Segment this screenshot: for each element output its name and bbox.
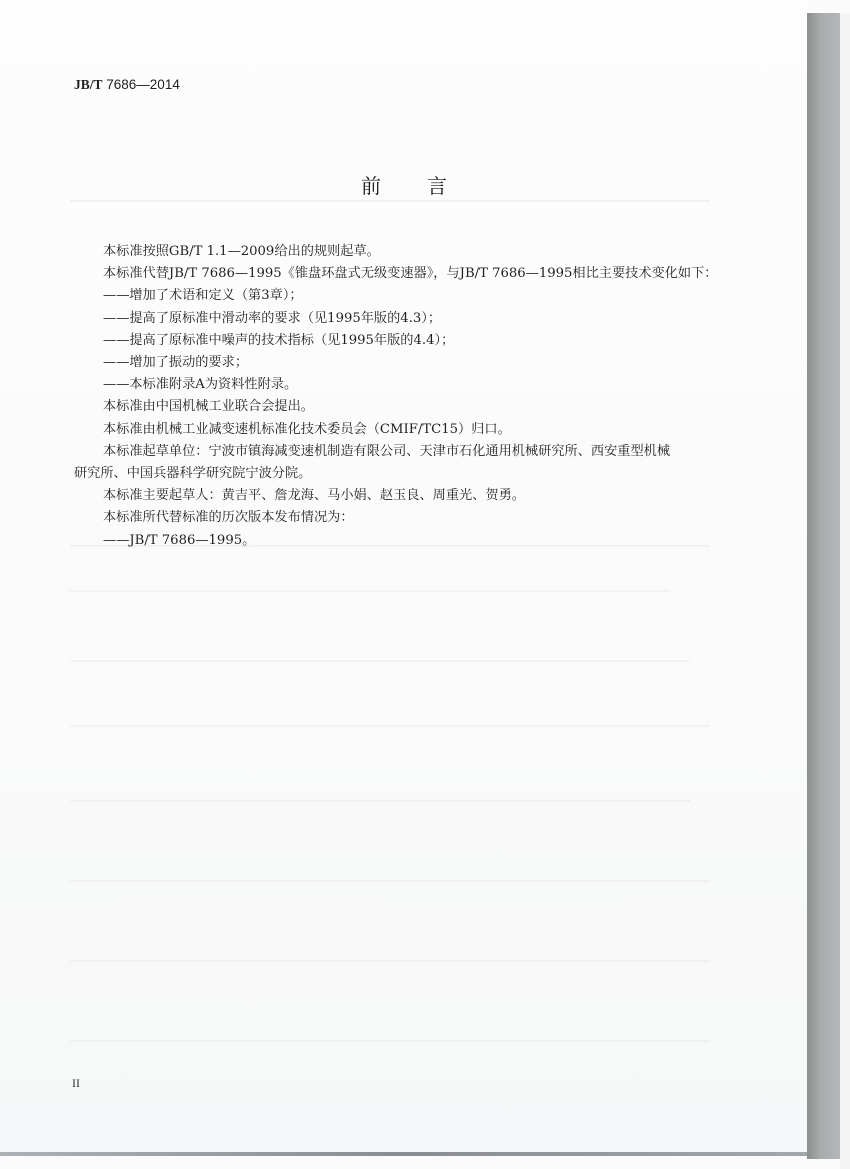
scanner-edge-strip xyxy=(807,13,840,1159)
change-item: ——增加了振动的要求； xyxy=(74,352,739,374)
change-item: ——提高了原标准中滑动率的要求（见1995年版的4.3）； xyxy=(74,308,739,330)
page-number: II xyxy=(72,1076,80,1091)
paragraph: 本标准代替JB/T 7686—1995《锥盘环盘式无级变速器》，与JB/T 76… xyxy=(74,263,739,285)
show-through-line xyxy=(70,590,670,592)
foreword-body: 本标准按照GB/T 1.1—2009给出的规则起草。 本标准代替JB/T 768… xyxy=(74,241,739,552)
change-item: ——本标准附录A为资料性附录。 xyxy=(74,374,739,396)
show-through-line xyxy=(70,800,690,802)
show-through-line xyxy=(70,1040,710,1042)
paragraph: 本标准由机械工业减变速机标准化技术委员会（CMIF/TC15）归口。 xyxy=(74,419,739,441)
show-through-line xyxy=(70,960,710,962)
paragraph: 本标准按照GB/T 1.1—2009给出的规则起草。 xyxy=(74,241,739,263)
show-through-line xyxy=(70,200,710,202)
document-page: JB/T 7686—2014 前言 本标准按照GB/T 1.1—2009给出的规… xyxy=(0,0,808,1156)
scanner-margin xyxy=(840,13,850,1169)
page-title: 前言 xyxy=(0,170,808,199)
paragraph: 本标准所代替标准的历次版本发布情况为： xyxy=(74,507,739,529)
standard-code-number: 7686—2014 xyxy=(103,77,180,92)
show-through-line xyxy=(70,725,710,727)
standard-code-prefix: JB/T xyxy=(74,77,103,92)
show-through-line xyxy=(70,660,690,662)
change-item: ——提高了原标准中噪声的技术指标（见1995年版的4.4）； xyxy=(74,330,739,352)
standard-code-header: JB/T 7686—2014 xyxy=(74,77,180,93)
paragraph: 本标准由中国机械工业联合会提出。 xyxy=(74,396,739,418)
show-through-line xyxy=(70,880,710,882)
history-item: ——JB/T 7686—1995。 xyxy=(74,530,739,552)
paragraph: 本标准起草单位：宁波市镇海减变速机制造有限公司、天津市石化通用机械研究所、西安重… xyxy=(74,441,739,463)
paragraph-continuation: 研究所、中国兵器科学研究院宁波分院。 xyxy=(74,463,739,485)
page-edge-shadow xyxy=(0,1152,808,1156)
change-item: ——增加了术语和定义（第3章）； xyxy=(74,285,739,307)
paragraph: 本标准主要起草人：黄吉平、詹龙海、马小娟、赵玉良、周重光、贺勇。 xyxy=(74,485,739,507)
